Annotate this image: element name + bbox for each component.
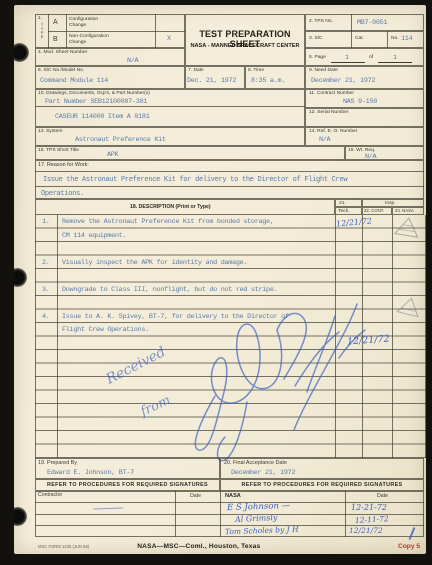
- contract-label: 11. Contract Number: [309, 91, 354, 97]
- nasa-signature-3: Tom Scholes by J H: [225, 524, 299, 536]
- drawings-line1: Part Number SEB12100087-301: [45, 98, 147, 106]
- punch-hole-top: [14, 43, 29, 62]
- final-acceptance-label: 20. Final Acceptance Date: [224, 460, 287, 466]
- contractor-date-label: Date: [190, 494, 201, 500]
- tps-no-label: 2. TPS No.: [309, 19, 333, 25]
- sc-model-label: 6. S/C No./Model No.: [38, 68, 84, 74]
- nasa-inspection-stamp-1: [392, 214, 422, 240]
- scanned-document-page: { "document": { "title": "TEST PREPARATI…: [0, 0, 432, 565]
- page-label: 5. Page: [309, 55, 326, 61]
- ref-eo-value: N/A: [319, 136, 330, 144]
- sc-cat-label: Cat.: [355, 36, 364, 42]
- step-4-number: 4.: [42, 313, 50, 321]
- need-date-value: December 21, 1972: [311, 77, 375, 85]
- final-acceptance-value: December 21, 1972: [231, 469, 295, 477]
- nasa-column-label: NASA: [225, 493, 241, 499]
- col-21-label: 21.: [339, 201, 346, 207]
- step-1-line2: CM 114 equipment.: [62, 232, 126, 240]
- form-subtitle: NASA - MANNED SPACECRAFT CENTER: [187, 43, 303, 49]
- contract-value: NAS 9-150: [343, 98, 377, 106]
- type-a-label: Configuration Change: [69, 17, 98, 28]
- time-label: 8. Time: [248, 68, 264, 74]
- col-insp-label: Insp.: [385, 201, 396, 207]
- page-total: 1: [393, 54, 397, 62]
- type-box-number: 1.: [38, 16, 42, 22]
- step-2-number: 2.: [42, 259, 50, 267]
- nasa-signature-date-3: 12/21/72: [349, 526, 383, 535]
- page-footer: MSC FORM 1225 (JUN 68) NASA—MSC—Coml., H…: [38, 543, 420, 550]
- sc-model-value: Command Module 114: [40, 77, 108, 85]
- drawings-line2: CASEUR 114000 Item A 0181: [55, 113, 149, 121]
- page-of-label: of: [369, 55, 373, 61]
- nasa-signature-date-2: 12-11-72: [355, 514, 389, 525]
- mod-sheet-value: N/A: [127, 57, 138, 65]
- test-preparation-sheet-form: 1. TYPE A Configuration Change B Non-Con…: [35, 14, 424, 537]
- col-cont-label: 22. CONT.: [364, 209, 384, 214]
- sc-label: 3. S/C: [309, 36, 323, 42]
- date-value: Dec. 21, 1972: [187, 77, 236, 85]
- form-number: MSC FORM 1225 (JUN 68): [38, 544, 89, 549]
- date-label: 7. Date: [188, 68, 204, 74]
- scrawl-word-received: Received: [103, 344, 169, 388]
- serial-label: 12. Serial Number: [309, 110, 348, 116]
- signature-scrawl: Received from: [95, 300, 400, 468]
- step-1-line1: Remove the Astronaut Preference Kit from…: [62, 218, 274, 226]
- step-2-line1: Visually inspect the APK for identity an…: [62, 259, 247, 267]
- reason-line2: Operations.: [41, 190, 84, 198]
- type-box-word: TYPE: [39, 22, 44, 38]
- prepared-by-label: 19. Prepared By: [38, 460, 77, 466]
- scrawl-word-from: from: [137, 393, 173, 420]
- punch-hole-middle: [14, 268, 27, 287]
- type-a-code: A: [53, 19, 58, 27]
- ref-eo-label: 14. Ref. E. O. Number: [309, 129, 357, 135]
- short-title-value: APK: [107, 151, 118, 159]
- footer-center-text: NASA—MSC—Coml., Houston, Texas: [137, 543, 260, 550]
- step-3-number: 3.: [42, 286, 50, 294]
- reason-label: 17. Reason for Work:: [38, 162, 89, 168]
- contractor-column-label: Contractor: [38, 493, 62, 499]
- description-title: 18. DESCRIPTION (Print or Type): [130, 204, 211, 210]
- tps-no-value: MB7-0051: [357, 19, 387, 27]
- need-date-label: 9. Need Date: [309, 68, 338, 74]
- short-title-box: [35, 146, 345, 160]
- punch-hole-bottom: [14, 507, 27, 526]
- system-label: 13. System: [38, 129, 62, 135]
- refer-bar-contractor: REFER TO PROCEDURES FOR REQUIRED SIGNATU…: [35, 479, 220, 491]
- step-1-number: 1.: [42, 218, 50, 226]
- nasa-date-label: Date: [377, 494, 388, 500]
- short-title-label: 15. TPS Short Title: [38, 148, 79, 154]
- reason-line1: Issue the Astronaut Preference Kit for d…: [43, 176, 347, 184]
- type-b-code: B: [53, 36, 58, 44]
- col-nasa-label: 23. NASA: [395, 209, 414, 214]
- system-value: Astronaut Preference Kit: [75, 136, 166, 144]
- refer-bar-nasa: REFER TO PROCEDURES FOR REQUIRED SIGNATU…: [220, 479, 424, 491]
- page-value: 1: [345, 54, 349, 62]
- col-tech-label: Tech.: [338, 209, 350, 215]
- time-value: 8:35 a.m.: [251, 77, 285, 85]
- sc-no-value: 114: [401, 35, 412, 43]
- copy-number: Copy 5: [398, 543, 420, 550]
- sc-no-label: No.: [391, 36, 399, 42]
- form-paper: 1. TYPE A Configuration Change B Non-Con…: [14, 5, 426, 554]
- type-b-checkbox: X: [167, 35, 171, 43]
- drawings-label: 10. Drawings, Documents, Ocp's, & Part N…: [38, 91, 150, 97]
- nasa-signature-date-1: 12-21-72: [351, 503, 387, 512]
- type-b-label: Non-Configuration Change: [69, 34, 109, 45]
- prepared-by-value: Edward E. Johnson, BT-7: [47, 469, 134, 477]
- mod-sheet-label: 4. Mod. Sheet Number: [38, 50, 87, 56]
- step-3-line1: Downgrade to Class III, nonflight, but d…: [62, 286, 277, 294]
